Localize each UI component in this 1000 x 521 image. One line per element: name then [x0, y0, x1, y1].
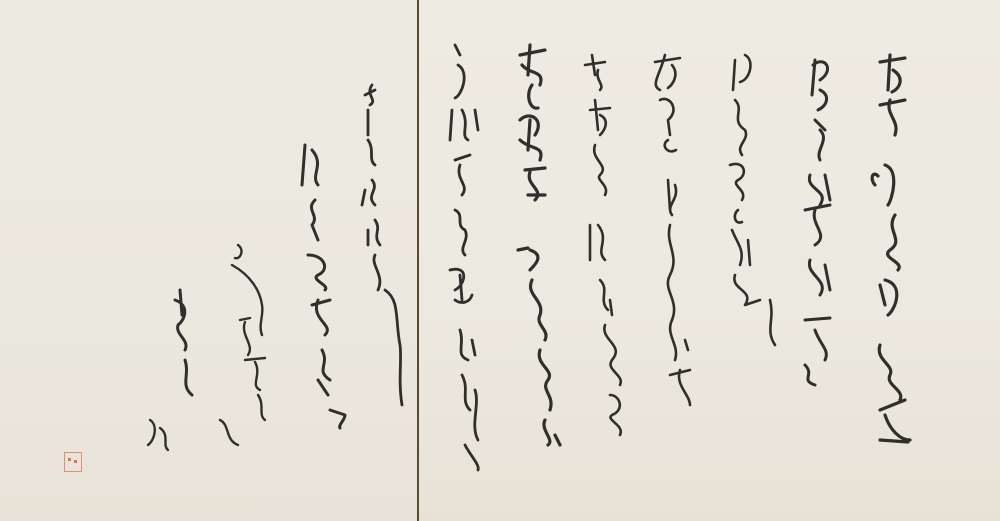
- column-7: [450, 45, 478, 470]
- red-seal-stamp: [64, 452, 82, 472]
- column-6: [518, 45, 560, 445]
- calligraphy-strokes: [0, 0, 1000, 521]
- column-2: [805, 60, 830, 385]
- left-column-1: [362, 85, 402, 405]
- left-column-5: [148, 420, 168, 450]
- column-1: [872, 55, 910, 442]
- left-column-3: [220, 245, 265, 445]
- left-column-2: [302, 145, 345, 428]
- calligraphy-artwork: [0, 0, 1000, 521]
- column-5: [585, 55, 621, 435]
- column-3: [730, 55, 775, 345]
- column-4: [655, 55, 690, 405]
- left-column-4: [175, 290, 192, 395]
